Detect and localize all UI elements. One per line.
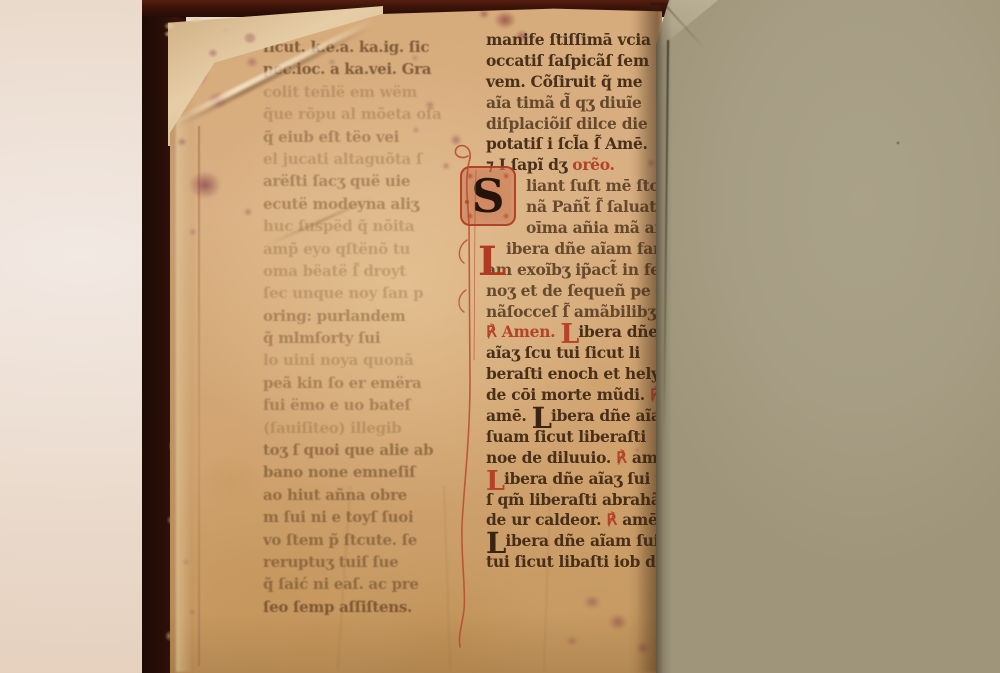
- red-pen-flourish: [440, 140, 500, 655]
- manuscript-text-line: reruptuʒ tuiſ ſue: [263, 551, 465, 573]
- manuscript-text-line: q̃ue rõpu al mõeta oſa: [263, 103, 465, 125]
- manuscript-text-line: lo uini noya quonã: [263, 349, 465, 371]
- facing-flyleaf-page: [656, 0, 1000, 673]
- manuscript-text-line: vo ſtem p̃ ſtcute. ſe: [263, 529, 465, 551]
- manuscript-leaf: ſicut. k.e.a. ka.ig. ſicpec.ioc. a ka.ve…: [170, 6, 662, 673]
- text-column-left: ſicut. k.e.a. ka.ig. ſicpec.ioc. a ka.ve…: [263, 36, 465, 636]
- manuscript-text-line: ſeo ſemp aſſiſtens.: [263, 596, 465, 618]
- manuscript-text-line: ao hiut añna obre: [263, 484, 465, 506]
- manuscript-text-line: el jucati altaguõta ſ: [263, 148, 465, 170]
- manuscript-text-line: peã kin ſo er emëra: [263, 372, 465, 394]
- photograph-of-open-manuscript: ſicut. k.e.a. ka.ig. ſicpec.ioc. a ka.ve…: [0, 0, 1000, 673]
- manuscript-text-line: m ſui ni e toyſ ſuoi: [263, 506, 465, 528]
- manuscript-text-line: q̃ ſaić ni eaſ. ac pre: [263, 573, 465, 595]
- manuscript-text-line: oma bëatë ſ̃ droyt: [263, 260, 465, 282]
- manuscript-text-line: (ſauiſiteo) illegib: [263, 417, 465, 439]
- manuscript-text-line: huc ſuspëd q̃ nõita: [263, 215, 465, 237]
- manuscript-text-line: colit teñlë em wëm: [263, 81, 465, 103]
- manuscript-text-line: q̃ mlmſorty ſui: [263, 327, 465, 349]
- manuscript-text-line: ecutë modeyna aliʒ: [263, 193, 465, 215]
- manuscript-text-line: q̃ eiub eſt tëo vei: [263, 126, 465, 148]
- manuscript-text-line: fui ëmo e uo bateſ: [263, 394, 465, 416]
- manuscript-text-line: toʒ ſ quoi que alie ab: [263, 439, 465, 461]
- manuscript-text-line: ſec unque noy ſan p: [263, 282, 465, 304]
- manuscript-text-line: arëſti ſacʒ quë uie: [263, 170, 465, 192]
- manuscript-text-line: oring: purlandem: [263, 305, 465, 327]
- frayed-corner-threads: [148, 8, 268, 48]
- manuscript-text-line: bano none emneſiſ: [263, 461, 465, 483]
- manuscript-text-line: amp̃ eyo qſtënõ tu: [263, 238, 465, 260]
